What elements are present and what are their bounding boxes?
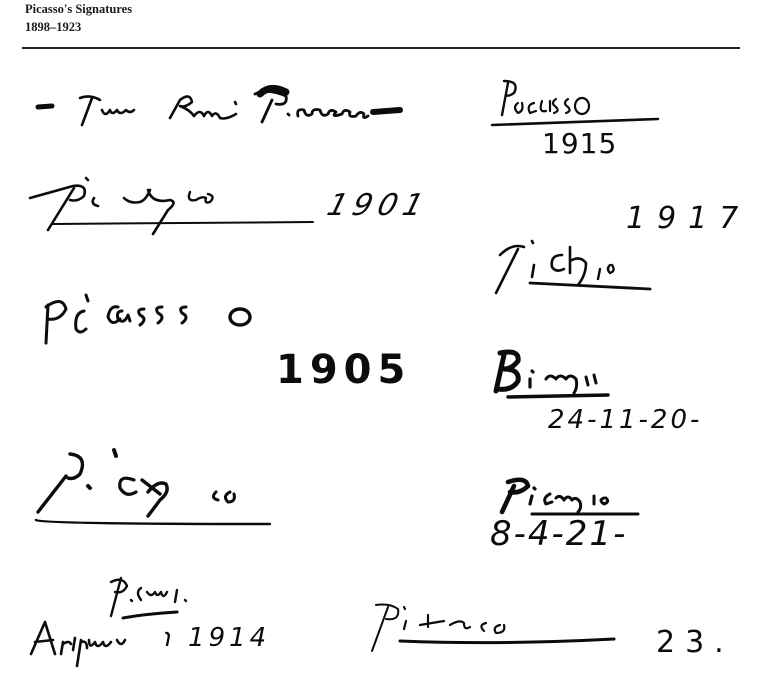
signature-pablo-ruiz-picasso: Pablo Ruiz Picasso bbox=[30, 80, 410, 130]
signature-picasso-1901: Picasso 1901 bbox=[28, 170, 408, 240]
signature-picasso-1905: Picasso 1905 bbox=[36, 285, 416, 405]
signature-strokes bbox=[36, 285, 276, 345]
signature-picasso-23: Picasso 23. bbox=[360, 595, 760, 675]
signature-picasso-1915: Picasso 1915 bbox=[490, 75, 670, 170]
signature-date: 24-11-20- bbox=[548, 405, 702, 435]
signature-picasso-avignon-1914: Picasso Avignon 1914 bbox=[25, 570, 295, 680]
signature-strokes bbox=[490, 345, 750, 405]
signature-date: 1901 bbox=[323, 188, 433, 223]
signature-date: 23. bbox=[656, 625, 734, 660]
signature-strokes bbox=[490, 470, 690, 520]
signature-date: 1915 bbox=[542, 127, 617, 160]
signature-picasso-underlined: Picasso bbox=[30, 440, 290, 530]
page-header: Picasso's Signatures 1898–1923 bbox=[25, 0, 132, 36]
signature-strokes bbox=[490, 75, 670, 135]
signature-strokes bbox=[30, 440, 290, 530]
header-rule bbox=[22, 47, 740, 49]
signature-picasso-1917: Picasso 1917 bbox=[490, 195, 730, 305]
signature-strokes bbox=[30, 80, 410, 130]
signature-strokes bbox=[360, 595, 640, 675]
signature-picasso-8-4-21: Picasso 8-4-21- bbox=[490, 470, 690, 570]
signature-strokes bbox=[28, 170, 328, 240]
date-range: 1898–1923 bbox=[25, 18, 132, 36]
signature-strokes bbox=[490, 195, 730, 305]
signature-date: 8-4-21- bbox=[490, 514, 627, 554]
page-title: Picasso's Signatures bbox=[25, 0, 132, 18]
signature-date: 1905 bbox=[276, 347, 411, 393]
signature-picasso-24-11-20: Picasso 24-11-20- bbox=[490, 345, 750, 445]
